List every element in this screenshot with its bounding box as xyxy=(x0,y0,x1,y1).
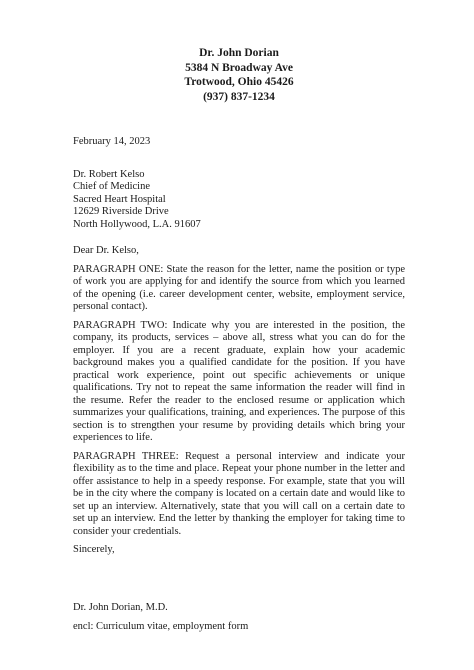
letter-page: Dr. John Dorian 5384 N Broadway Ave Trot… xyxy=(0,0,474,670)
letter-date: February 14, 2023 xyxy=(73,136,405,149)
signature-name: Dr. John Dorian, M.D. xyxy=(73,602,405,615)
sender-name: Dr. John Dorian xyxy=(73,46,405,61)
sender-phone: (937) 837-1234 xyxy=(73,90,405,105)
recipient-address-block: Dr. Robert Kelso Chief of Medicine Sacre… xyxy=(73,169,405,232)
recipient-city-state-zip: North Hollywood, L.A. 91607 xyxy=(73,219,405,232)
letter-body: PARAGRAPH ONE: State the reason for the … xyxy=(73,264,405,539)
recipient-street: 12629 Riverside Drive xyxy=(73,206,405,219)
sender-street: 5384 N Broadway Ave xyxy=(73,61,405,76)
recipient-organization: Sacred Heart Hospital xyxy=(73,194,405,207)
recipient-title: Chief of Medicine xyxy=(73,181,405,194)
paragraph-one: PARAGRAPH ONE: State the reason for the … xyxy=(73,264,405,314)
paragraph-two: PARAGRAPH TWO: Indicate why you are inte… xyxy=(73,320,405,445)
sender-city-state-zip: Trotwood, Ohio 45426 xyxy=(73,75,405,90)
enclosure-line: encl: Curriculum vitae, employment form xyxy=(73,621,405,634)
closing: Sincerely, xyxy=(73,544,405,557)
recipient-name: Dr. Robert Kelso xyxy=(73,169,405,182)
salutation: Dear Dr. Kelso, xyxy=(73,245,405,258)
paragraph-three: PARAGRAPH THREE: Request a personal inte… xyxy=(73,451,405,539)
sender-address-block: Dr. John Dorian 5384 N Broadway Ave Trot… xyxy=(73,46,405,104)
